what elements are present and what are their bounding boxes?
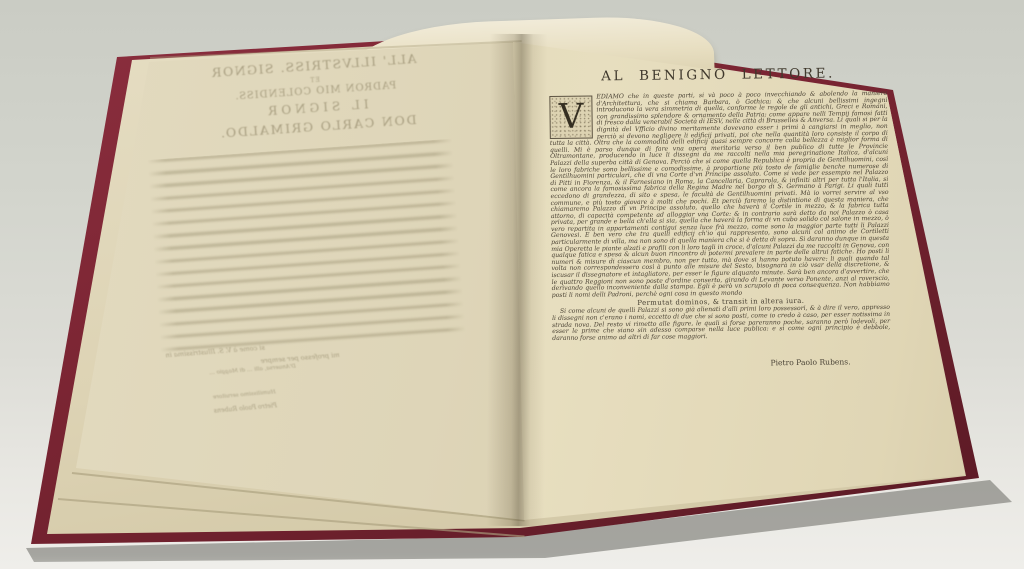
preface-text-block: AL BENIGNO LETTORE. VEDIAMO che in quest… (549, 65, 891, 370)
preface-paragraph-1-text: EDIAMO che in queste parti, si và poco à… (550, 90, 890, 299)
book-photograph-scene: ALL' ILLVSTRISS. SIGNOR ET PADRON MIO CO… (0, 0, 1024, 569)
page-title: AL BENIGNO LETTORE. (549, 65, 887, 85)
bleedthrough-body-text-faint (147, 139, 466, 358)
preface-paragraph-2: Si come alcuni de quelli Palazzi si sono… (552, 305, 890, 342)
drop-cap-initial: V (549, 95, 593, 139)
preface-paragraph-1: VEDIAMO che in queste parti, si và poco … (549, 91, 889, 300)
book-gutter-shadow (486, 34, 547, 526)
